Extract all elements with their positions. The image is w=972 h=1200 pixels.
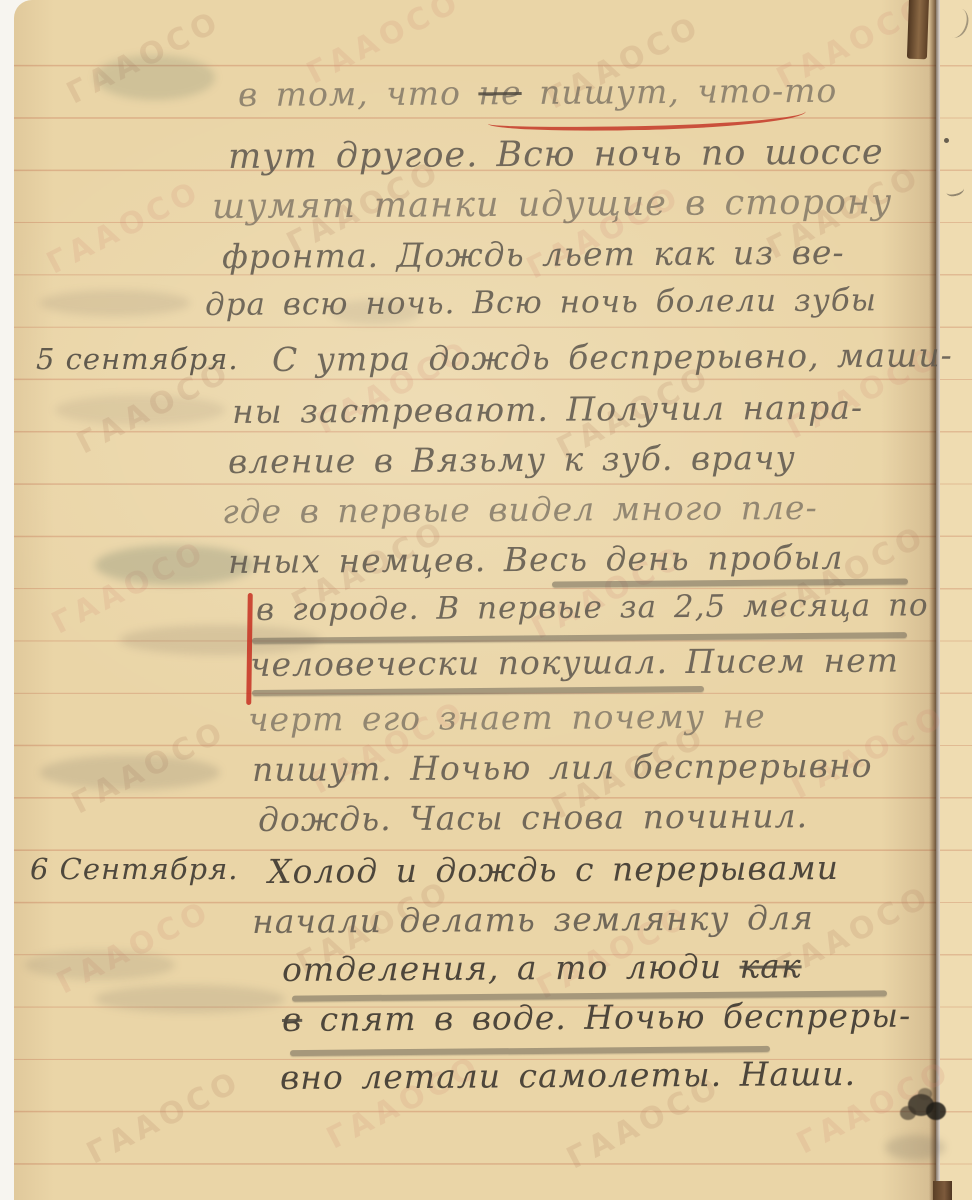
handwritten-line: где в первые видел много пле-: [222, 488, 818, 531]
ink-smudge: [25, 950, 175, 980]
handwritten-line: вно летали самолеты. Наши.: [280, 1054, 856, 1097]
ink-smudge: [95, 55, 215, 100]
handwritten-line: отделения, а то люди как: [282, 946, 802, 989]
handwritten-line: человечески покушал. Писем нет: [250, 640, 899, 684]
ink-smudge: [95, 985, 285, 1013]
binding-gutter: [929, 0, 940, 1200]
entry-date-5-september: 5 сентября.: [36, 342, 239, 376]
diary-scan: { "document": { "watermark": "ГААОСО", "…: [0, 0, 972, 1200]
ink-blot: [918, 1088, 932, 1100]
handwritten-line: фронта. Дождь льет как из ве-: [222, 233, 845, 276]
handwritten-line: дождь. Часы снова починил.: [258, 796, 808, 839]
bookmark-ribbon-top: [907, 0, 929, 59]
handwritten-line: вление в Вязьму к зуб. врачу: [228, 438, 796, 481]
handwritten-line: в городе. В первые за 2,5 месяца по: [256, 587, 929, 628]
stray-pencil-mark: [944, 138, 949, 143]
handwritten-line: черт его знает почему не: [248, 696, 766, 739]
ink-smudge: [40, 755, 220, 790]
handwritten-line: дра всю ночь. Всю ночь болели зубы: [205, 282, 877, 323]
ink-smudge: [885, 1135, 945, 1160]
bookmark-ribbon-bottom: [933, 1181, 952, 1200]
ink-smudge: [40, 290, 190, 316]
handwritten-line: тут другое. Всю ночь по шоссе: [228, 132, 884, 177]
handwritten-line: начали делать землянку для: [252, 898, 814, 941]
handwritten-line: нных немцев. Весь день пробыл: [228, 538, 844, 581]
handwritten-line: пишут. Ночью лил беспрерывно: [252, 746, 873, 789]
ink-blot: [900, 1106, 916, 1120]
handwritten-line: Холод и дождь с перерывами: [268, 848, 839, 891]
handwritten-line: шумят танки идущие в сторону: [212, 182, 893, 227]
ink-blot: [926, 1102, 946, 1120]
ink-smudge: [55, 395, 225, 425]
handwritten-line: в том, что не пишут, что-то: [238, 71, 838, 114]
handwritten-line: в спят в воде. Ночью беспреры-: [282, 996, 911, 1039]
next-page-edge: [940, 0, 972, 1200]
entry-date-6-september: 6 Сентября.: [30, 852, 239, 886]
handwritten-line: ны застревают. Получил напра-: [232, 388, 863, 431]
handwritten-line: С утра дождь беспрерывно, маши-: [272, 335, 953, 379]
